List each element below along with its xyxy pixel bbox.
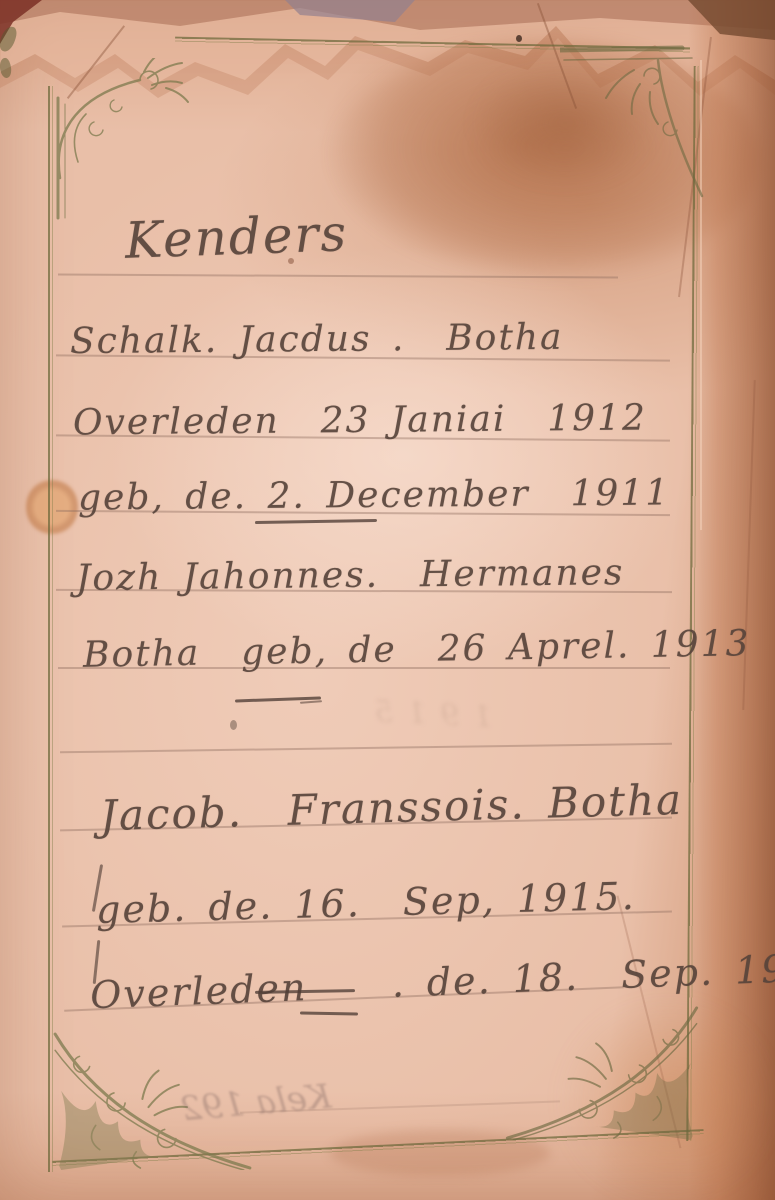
- corner-ornament-top-left: [48, 58, 223, 228]
- page-heading: Kenders: [124, 208, 349, 266]
- entry-line: Schalk. Jacdus . Botha: [70, 320, 564, 360]
- dark-speck-top: [516, 35, 522, 42]
- corner-ornament-top-right: [560, 36, 705, 211]
- entry-line: Jacob. Franssois. Botha: [100, 779, 684, 837]
- entry-line: geb, de. 2. December 1911: [78, 475, 670, 516]
- ink-speck: [288, 258, 294, 264]
- entry-line: geb. de. 16. Sep, 1915.: [96, 877, 636, 929]
- ink-dash-entry3: [300, 1011, 358, 1015]
- entry-line: Overleden 23 Janiai 1912: [73, 400, 647, 441]
- bleedthrough-text-middle: 1915: [359, 697, 493, 734]
- frame-border-left: [48, 86, 54, 1172]
- entry-line: Jozh Jahonnes. Hermanes: [76, 555, 625, 597]
- ink-speck: [230, 720, 237, 730]
- corner-ornament-bottom-right: [502, 1002, 702, 1140]
- ink-underline-december: [255, 519, 377, 524]
- photographed-register-page: Kenders Schalk. Jacdus . Botha Overleden…: [0, 0, 775, 1200]
- ink-dash-entry2b: [300, 700, 322, 704]
- ruled-line: [60, 743, 672, 753]
